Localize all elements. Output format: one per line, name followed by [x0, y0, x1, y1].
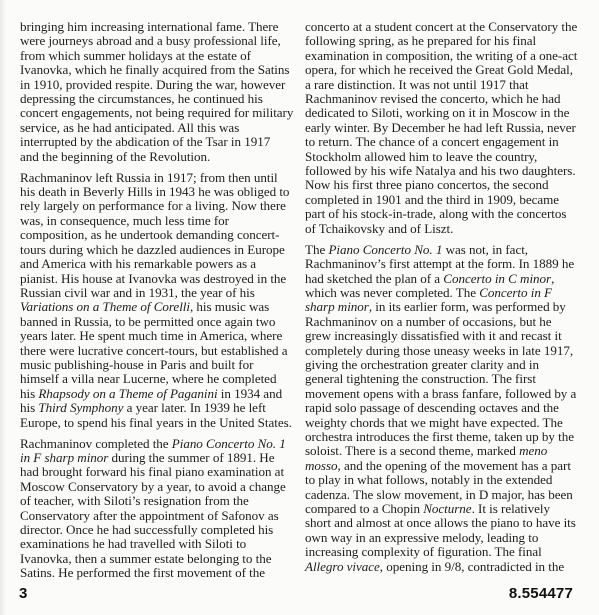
text-line: interrupted by the abdication of the Tsa…: [20, 135, 292, 149]
text-line: completely during those uneasy weeks in …: [305, 344, 585, 358]
text-column-right: concerto at a student concert at the Con…: [305, 20, 585, 581]
text-run: completed in 1901 and the third in 1909,…: [305, 192, 559, 207]
text-run: Rachmaninov completed the: [20, 436, 172, 451]
catalogue-number: 8.554477: [509, 585, 573, 602]
text-line: banned in Russia, to be permitted once a…: [20, 315, 292, 329]
italic-title: in F sharp minor: [20, 450, 108, 465]
text-line: himself a villa near Lucerne, where he c…: [20, 372, 292, 386]
paragraph: Rachmaninov completed the Piano Concerto…: [20, 437, 292, 581]
italic-title: Concerto in F: [479, 285, 552, 300]
text-line: tours during which he dazzled audiences …: [20, 243, 292, 257]
italic-title: Concerto in C minor: [443, 271, 551, 286]
text-line: following spring, as he prepared for his…: [305, 34, 585, 48]
text-line: to return. The chance of a concert engag…: [305, 135, 585, 149]
text-line: cadenza. The slow movement, in D major, …: [305, 488, 585, 502]
text-line: Rachmaninov completed the Piano Concerto…: [20, 437, 292, 451]
text-run: depressing the circumstances, he continu…: [20, 91, 263, 106]
text-line: pianist. His house at Ivanovka was destr…: [20, 272, 292, 286]
text-run: from which summer holidays at the estate…: [20, 48, 251, 63]
page-edge-shadow: [0, 0, 6, 615]
text-run: , opening in 9/8, contradicted in the: [380, 559, 564, 574]
text-line: a rare distinction. It was not until 191…: [305, 78, 585, 92]
text-run: , his music was: [190, 299, 269, 314]
text-line: director. Once he had successfully compl…: [20, 523, 292, 537]
text-line: Rachmaninov on a number of occasions, bu…: [305, 315, 585, 329]
text-run: Europe, to spend his final years in the …: [20, 415, 292, 430]
italic-title: Third Symphony: [38, 400, 123, 415]
paragraph: The Piano Concerto No. 1 was not, in fac…: [305, 243, 585, 574]
paragraph: bringing him increasing international fa…: [20, 20, 292, 164]
text-run: Rachmaninov left Russia in 1917; from th…: [20, 170, 278, 185]
text-line: service, as he had anticipated. All this…: [20, 121, 292, 135]
text-line: own way in an expressive melody, leading…: [305, 531, 585, 545]
text-line: bringing him increasing international fa…: [20, 20, 292, 34]
text-line: concerto at a student concert at the Con…: [305, 20, 585, 34]
text-line: short and almost at once allows the pian…: [305, 516, 585, 530]
text-line: composition, as he undertook demanding c…: [20, 228, 292, 242]
text-line: his Third Symphony a year later. In 1939…: [20, 401, 292, 415]
italic-title: Allegro vivace: [305, 559, 380, 574]
italic-title: Rhapsody on a Theme of Paganini: [38, 386, 217, 401]
text-line: Allegro vivace, opening in 9/8, contradi…: [305, 560, 585, 574]
text-line: years later. He spent much time in Ameri…: [20, 329, 292, 343]
text-run: , in its earlier form, was performed by: [369, 299, 566, 314]
text-line: Europe, to spend his final years in the …: [20, 416, 292, 430]
text-run: director. Once he had successfully compl…: [20, 522, 273, 537]
text-run: weighty chords that we might have expect…: [305, 415, 563, 430]
text-run: Conservatory after the appointment of Sa…: [20, 508, 279, 523]
italic-title: sharp minor: [305, 299, 369, 314]
text-run: increasing complexity of figuration. The…: [305, 544, 542, 559]
text-run: part of his stock-in-trade, along with t…: [305, 206, 566, 221]
text-line: Rachmaninov revised the concerto, which …: [305, 92, 585, 106]
text-line: The Piano Concerto No. 1 was not, in fac…: [305, 243, 585, 257]
text-run: grew increasingly dissatisfied with it a…: [305, 328, 562, 343]
text-line: movement opens with a brass fanfare, fol…: [305, 387, 585, 401]
text-run: Rachmaninov on a number of occasions, bu…: [305, 314, 552, 329]
text-column-left: bringing him increasing international fa…: [20, 20, 292, 587]
text-run: . It is relatively: [472, 501, 550, 516]
text-run: himself a villa near Lucerne, where he c…: [20, 371, 276, 386]
text-line: followed by his wife Natalya and his two…: [305, 164, 585, 178]
text-run: rapid solo passage of descending octaves…: [305, 400, 559, 415]
text-run: rely largely on performance for a living…: [20, 198, 286, 213]
text-line: early winter. By December he had left Ru…: [305, 121, 585, 135]
text-run: Satins. He performed the first movement …: [20, 565, 265, 580]
text-run: Rachmaninov’s first attempt at the form.…: [305, 256, 574, 271]
text-run: Now his first three piano concertos, the…: [305, 177, 548, 192]
text-run: his: [20, 386, 38, 401]
text-line: dedicated to Siloti, working on it in Mo…: [305, 106, 585, 120]
text-line: grew increasingly dissatisfied with it a…: [305, 329, 585, 343]
text-run: tours during which he dazzled audiences …: [20, 242, 285, 257]
text-line: compared to a Chopin Nocturne. It is rel…: [305, 502, 585, 516]
paragraph: concerto at a student concert at the Con…: [305, 20, 585, 236]
text-line: general tightening the construction. The…: [305, 372, 585, 386]
text-run: and the beginning of the Revolution.: [20, 149, 210, 164]
text-line: concert engagements, not being required …: [20, 106, 292, 120]
text-line: to play in what follows, notably in the …: [305, 473, 585, 487]
text-run: dedicated to Siloti, working on it in Mo…: [305, 105, 569, 120]
text-run: of teacher, with Siloti’s resignation fr…: [20, 493, 249, 508]
text-run: own way in an expressive melody, leading…: [305, 530, 538, 545]
text-run: banned in Russia, to be permitted once a…: [20, 314, 275, 329]
text-run: Moscow Conservatory by a year, to avoid …: [20, 479, 286, 494]
text-run: a year later. In 1939 he left: [123, 400, 265, 415]
text-line: there were lucrative concert-tours, but …: [20, 344, 292, 358]
text-line: mosso, and the opening of the movement h…: [305, 459, 585, 473]
text-run: years later. He spent much time in Ameri…: [20, 328, 282, 343]
text-run: his death in Beverly Hills in 1943 he wa…: [20, 184, 289, 199]
text-line: was, in consequence, much less time for: [20, 214, 292, 228]
text-run: Ivanovka, then a summer estate belonging…: [20, 551, 271, 566]
text-run: to play in what follows, notably in the …: [305, 472, 552, 487]
text-line: Rachmaninov left Russia in 1917; from th…: [20, 171, 292, 185]
text-run: movement opens with a brass fanfare, fol…: [305, 386, 576, 401]
text-line: increasing complexity of figuration. The…: [305, 545, 585, 559]
text-line: examination in composition, the writing …: [305, 49, 585, 63]
text-line: sharp minor, in its earlier form, was pe…: [305, 300, 585, 314]
text-run: Russian civil war and in 1931, the year …: [20, 285, 255, 300]
text-run: compared to a Chopin: [305, 501, 423, 516]
text-run: Stockholm allowed him to leave the count…: [305, 149, 537, 164]
text-line: had sketched the plan of a Concerto in C…: [305, 272, 585, 286]
italic-title: Nocturne: [423, 501, 471, 516]
text-line: Rachmaninov’s first attempt at the form.…: [305, 257, 585, 271]
text-run: examination in composition, the writing …: [305, 48, 577, 63]
text-line: weighty chords that we might have expect…: [305, 416, 585, 430]
text-run: bringing him increasing international fa…: [20, 19, 278, 34]
text-run: his: [20, 400, 38, 415]
text-run: in 1910, provided respite. During the wa…: [20, 77, 285, 92]
paragraph: Rachmaninov left Russia in 1917; from th…: [20, 171, 292, 430]
text-line: soloist. There is a second theme, marked…: [305, 444, 585, 458]
text-run: of Tchaikovsky and of Liszt.: [305, 221, 453, 236]
text-run: which was never completed. The: [305, 285, 479, 300]
text-line: were journeys abroad and a busy professi…: [20, 34, 292, 48]
text-run: pianist. His house at Ivanovka was destr…: [20, 271, 286, 286]
text-run: a rare distinction. It was not until 191…: [305, 77, 529, 92]
text-line: opera, for which he received the Great G…: [305, 63, 585, 77]
text-line: Variations on a Theme of Corelli, his mu…: [20, 300, 292, 314]
text-run: completely during those uneasy weeks in …: [305, 343, 573, 358]
text-line: of teacher, with Siloti’s resignation fr…: [20, 494, 292, 508]
text-line: from which summer holidays at the estate…: [20, 49, 292, 63]
text-line: had brought forward his final piano exam…: [20, 465, 292, 479]
text-run: followed by his wife Natalya and his two…: [305, 163, 576, 178]
text-line: examinations he had travelled with Silot…: [20, 537, 292, 551]
text-run: opera, for which he received the Great G…: [305, 62, 573, 77]
text-run: there were lucrative concert-tours, but …: [20, 343, 287, 358]
text-line: in F sharp minor during the summer of 18…: [20, 451, 292, 465]
text-line: Conservatory after the appointment of Sa…: [20, 509, 292, 523]
text-run: giving the orchestration greater clarity…: [305, 357, 539, 372]
italic-title: mosso: [305, 458, 338, 473]
text-run: in 1934 and: [218, 386, 283, 401]
text-line: and America with his remarkable powers a…: [20, 257, 292, 271]
text-line: of Tchaikovsky and of Liszt.: [305, 222, 585, 236]
text-run: to return. The chance of a concert engag…: [305, 134, 559, 149]
text-run: early winter. By December he had left Ru…: [305, 120, 576, 135]
text-line: rely largely on performance for a living…: [20, 199, 292, 213]
text-line: Ivanovka, which he finally acquired from…: [20, 63, 292, 77]
text-run: following spring, as he prepared for his…: [305, 33, 536, 48]
text-run: soloist. There is a second theme, marked: [305, 443, 519, 458]
text-run: interrupted by the abdication of the Tsa…: [20, 134, 270, 149]
italic-title: meno: [519, 443, 547, 458]
text-line: part of his stock-in-trade, along with t…: [305, 207, 585, 221]
text-run: composition, as he undertook demanding c…: [20, 227, 279, 242]
text-run: Ivanovka, which he finally acquired from…: [20, 62, 289, 77]
text-line: completed in 1901 and the third in 1909,…: [305, 193, 585, 207]
text-line: giving the orchestration greater clarity…: [305, 358, 585, 372]
text-run: and America with his remarkable powers a…: [20, 256, 256, 271]
text-line: Moscow Conservatory by a year, to avoid …: [20, 480, 292, 494]
text-run: orchestra introduces the first theme, ta…: [305, 429, 574, 444]
text-run: had sketched the plan of a: [305, 271, 443, 286]
text-line: Russian civil war and in 1931, the year …: [20, 286, 292, 300]
text-line: music publishing-house in Paris and buil…: [20, 358, 292, 372]
italic-title: Variations on a Theme of Corelli: [20, 299, 190, 314]
text-run: was not, in fact,: [442, 242, 528, 257]
text-line: Now his first three piano concertos, the…: [305, 178, 585, 192]
text-line: rapid solo passage of descending octaves…: [305, 401, 585, 415]
text-run: short and almost at once allows the pian…: [305, 515, 576, 530]
text-run: service, as he had anticipated. All this…: [20, 120, 239, 135]
text-line: his Rhapsody on a Theme of Paganini in 1…: [20, 387, 292, 401]
text-line: which was never completed. The Concerto …: [305, 286, 585, 300]
text-run: , and the opening of the movement has a …: [338, 458, 571, 473]
text-run: music publishing-house in Paris and buil…: [20, 357, 253, 372]
text-run: concert engagements, not being required …: [20, 105, 293, 120]
text-run: ,: [551, 271, 554, 286]
page-number: 3: [19, 585, 27, 602]
text-line: in 1910, provided respite. During the wa…: [20, 78, 292, 92]
text-run: Rachmaninov revised the concerto, which …: [305, 91, 560, 106]
text-run: was, in consequence, much less time for: [20, 213, 229, 228]
text-line: and the beginning of the Revolution.: [20, 150, 292, 164]
text-run: concerto at a student concert at the Con…: [305, 19, 577, 34]
text-line: Ivanovka, then a summer estate belonging…: [20, 552, 292, 566]
text-run: had brought forward his final piano exam…: [20, 464, 284, 479]
text-run: during the summer of 1891. He: [108, 450, 274, 465]
italic-title: Piano Concerto No. 1: [172, 436, 286, 451]
italic-title: Piano Concerto No. 1: [328, 242, 442, 257]
text-run: The: [305, 242, 328, 257]
text-line: his death in Beverly Hills in 1943 he wa…: [20, 185, 292, 199]
text-line: Stockholm allowed him to leave the count…: [305, 150, 585, 164]
text-run: cadenza. The slow movement, in D major, …: [305, 487, 573, 502]
text-run: examinations he had travelled with Silot…: [20, 536, 246, 551]
text-run: were journeys abroad and a busy professi…: [20, 33, 281, 48]
text-line: depressing the circumstances, he continu…: [20, 92, 292, 106]
text-run: general tightening the construction. The…: [305, 371, 536, 386]
text-line: Satins. He performed the first movement …: [20, 566, 292, 580]
text-line: orchestra introduces the first theme, ta…: [305, 430, 585, 444]
